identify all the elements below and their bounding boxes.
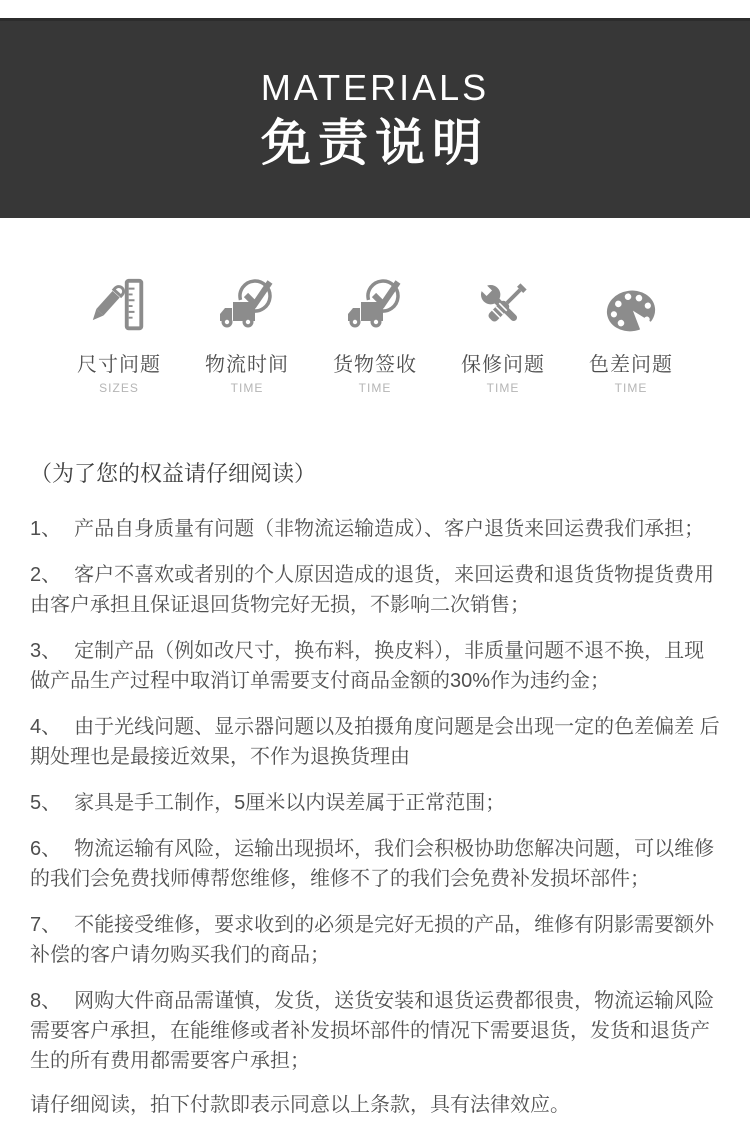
banner-title-en: MATERIALS [261, 68, 489, 108]
header-banner: MATERIALS 免责说明 [0, 18, 750, 218]
feature-caption: TIME [183, 381, 311, 395]
notice-item-1: 1、产品自身质量有问题（非物流运输造成）、客户退货来回运费我们承担； [30, 514, 720, 544]
item-text: 定制产品（例如改尺寸，换布料，换皮料），非质量问题不退不换，且现做产品生产过程中… [30, 640, 704, 692]
item-number: 1、 [30, 518, 61, 540]
item-text: 客户不喜欢或者别的个人原因造成的退货，来回运费和退货货物提货费用由客户承担且保证… [30, 564, 714, 616]
item-text: 物流运输有风险，运输出现损坏，我们会积极协助您解决问题，可以维修的我们会免费找师… [30, 838, 714, 890]
banner-title-zh: 免责说明 [261, 116, 489, 171]
item-number: 5、 [30, 792, 61, 814]
notice-item-8: 8、网购大件商品需谨慎，发货，送货安装和退货运费都很贵，物流运输风险需要客户承担… [30, 986, 720, 1076]
feature-color-difference: 色差问题 TIME [567, 276, 695, 395]
notice-item-4: 4、由于光线问题、显示器问题以及拍摄角度问题是会出现一定的色差偏差 后期处理也是… [30, 712, 720, 772]
item-text: 产品自身质量有问题（非物流运输造成）、客户退货来回运费我们承担； [74, 518, 704, 540]
disclaimer-page: MATERIALS 免责说明 尺寸问题 [0, 0, 750, 1136]
item-text: 网购大件商品需谨慎，发货，送货安装和退货运费都很贵，物流运输风险需要客户承担，在… [30, 990, 714, 1072]
item-number: 8、 [30, 990, 61, 1012]
feature-sizes: 尺寸问题 SIZES [55, 276, 183, 395]
notice-item-5: 5、家具是手工制作，5厘米以内误差属于正常范围； [30, 788, 720, 818]
item-number: 7、 [30, 914, 61, 936]
feature-warranty: 保修问题 TIME [439, 276, 567, 395]
truck-check-icon [183, 276, 311, 338]
feature-shipping-time: 物流时间 TIME [183, 276, 311, 395]
feature-goods-receipt: 货物签收 TIME [311, 276, 439, 395]
palette-icon [567, 276, 695, 338]
notice-heading: （为了您的权益请仔细阅读） [30, 457, 720, 488]
feature-label: 保修问题 [439, 348, 567, 377]
feature-row: 尺寸问题 SIZES 物流时间 TIME [55, 276, 695, 395]
feature-caption: TIME [311, 381, 439, 395]
pencil-ruler-icon [55, 276, 183, 338]
item-text: 不能接受维修，要求收到的必须是完好无损的产品，维修有阴影需要额外补偿的客户请勿购… [30, 914, 714, 966]
tools-icon [439, 276, 567, 338]
notice-item-7: 7、不能接受维修，要求收到的必须是完好无损的产品，维修有阴影需要额外补偿的客户请… [30, 910, 720, 970]
item-number: 4、 [30, 716, 61, 738]
notice-item-6: 6、物流运输有风险，运输出现损坏，我们会积极协助您解决问题，可以维修的我们会免费… [30, 834, 720, 894]
truck-check-icon [311, 276, 439, 338]
item-number: 6、 [30, 838, 61, 860]
feature-caption: TIME [439, 381, 567, 395]
item-text: 由于光线问题、显示器问题以及拍摄角度问题是会出现一定的色差偏差 后期处理也是最接… [30, 716, 720, 768]
item-text: 家具是手工制作，5厘米以内误差属于正常范围； [74, 792, 505, 814]
feature-caption: TIME [567, 381, 695, 395]
feature-label: 色差问题 [567, 348, 695, 377]
feature-label: 尺寸问题 [55, 348, 183, 377]
item-number: 3、 [30, 640, 61, 662]
notice-closing: 请仔细阅读，拍下付款即表示同意以上条款，具有法律效应。 [30, 1090, 720, 1120]
feature-caption: SIZES [55, 381, 183, 395]
feature-label: 货物签收 [311, 348, 439, 377]
feature-label: 物流时间 [183, 348, 311, 377]
notice-item-3: 3、定制产品（例如改尺寸，换布料，换皮料），非质量问题不退不换，且现做产品生产过… [30, 636, 720, 696]
item-number: 2、 [30, 564, 61, 586]
notice-section: （为了您的权益请仔细阅读） 1、产品自身质量有问题（非物流运输造成）、客户退货来… [30, 457, 720, 1120]
notice-item-2: 2、客户不喜欢或者别的个人原因造成的退货，来回运费和退货货物提货费用由客户承担且… [30, 560, 720, 620]
